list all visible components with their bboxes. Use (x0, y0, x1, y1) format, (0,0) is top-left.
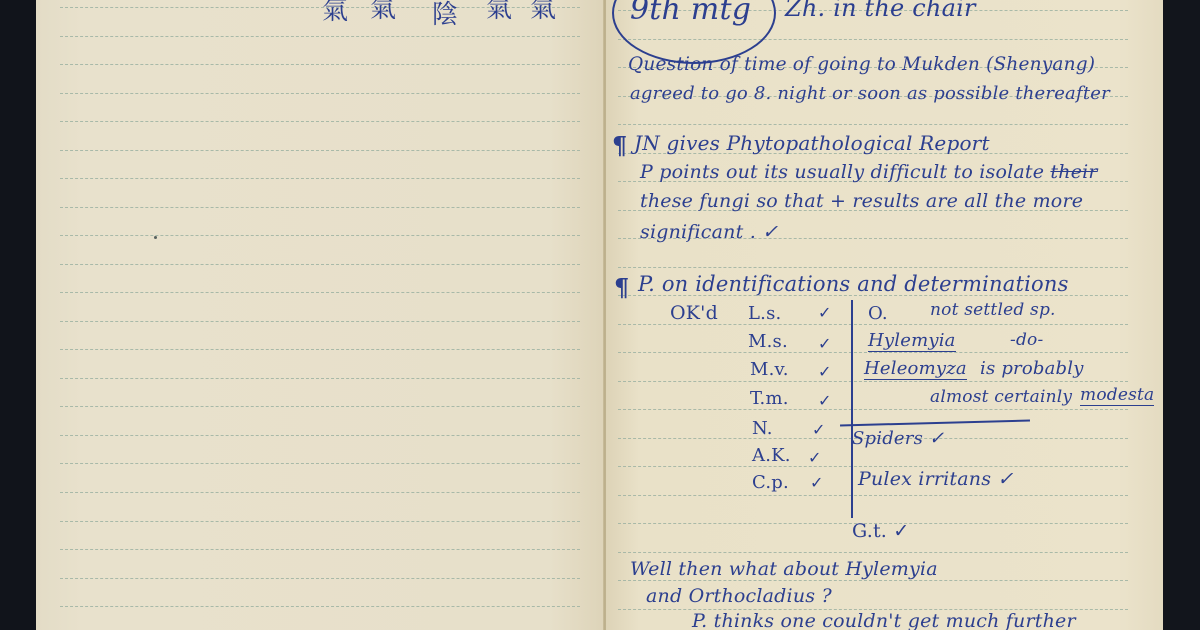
check-mark: ✓ (808, 448, 822, 467)
specimen-code: G.t. ✓ (852, 520, 909, 542)
note-line: Question of time of going to Mukden (She… (628, 54, 1095, 75)
cjk-character: 氣 (370, 0, 396, 25)
paragraph-mark: ¶ (614, 273, 629, 302)
check-mark: ✓ (818, 391, 832, 410)
chair-note: Zh. in the chair (785, 0, 976, 22)
genus-name: Heleomyza (864, 358, 967, 380)
check-mark: ✓ (818, 303, 832, 322)
check-mark: ✓ (818, 362, 832, 381)
note-text: P points out its usually difficult to is… (640, 161, 1044, 183)
cjk-character: 氣 (322, 0, 348, 27)
specimen-code: M.s. (748, 331, 788, 352)
note-line: P. thinks one couldn't get much further (692, 610, 1076, 630)
okd-label: OK'd (670, 302, 718, 324)
meeting-label: 9th mtg (630, 0, 751, 27)
left-page (36, 0, 606, 630)
section-heading: P. on identifications and determinations (638, 272, 1069, 296)
scanner-background-left (0, 0, 38, 630)
struck-word: their (1050, 161, 1097, 183)
specimen-code: A.K. (752, 445, 791, 466)
species-name: modesta (1080, 385, 1154, 406)
note-line: JN gives Phytopathological Report (634, 131, 990, 155)
specimen-note: almost certainly (930, 387, 1072, 407)
specimen-code: L.s. (748, 303, 781, 324)
ditto-note: -do- (1010, 330, 1043, 350)
cjk-character: 陰 (432, 0, 458, 31)
scanner-background-right (1163, 0, 1200, 630)
note-line: and Orthocladius ? (646, 585, 832, 607)
specimen-code: T.m. (750, 388, 789, 409)
cjk-character: 氣 (486, 0, 512, 25)
paragraph-mark: ¶ (612, 131, 627, 160)
specimen-note: is probably (980, 358, 1084, 379)
column-divider (851, 300, 853, 518)
check-mark: ✓ (818, 334, 832, 353)
specimen-note: not settled sp. (930, 300, 1056, 320)
check-mark: ✓ (810, 473, 824, 492)
note-line: agreed to go 8. night or soon as possibl… (630, 83, 1110, 104)
specimen-label: O. (868, 303, 888, 324)
specimen-note: Pulex irritans ✓ (858, 468, 1014, 490)
specimen-note: Spiders ✓ (852, 428, 944, 449)
note-line: significant . ✓ (640, 221, 778, 243)
specimen-code: C.p. (752, 472, 789, 493)
cjk-character: 氣 (530, 0, 556, 25)
specimen-code: N. (752, 418, 773, 439)
specimen-code: M.v. (750, 359, 789, 380)
note-line: these fungi so that + results are all th… (640, 190, 1083, 212)
genus-name: Hylemyia (868, 330, 956, 352)
note-line: P points out its usually difficult to is… (640, 161, 1098, 183)
note-line: Well then what about Hylemyia (630, 558, 938, 580)
check-mark: ✓ (812, 420, 826, 439)
paper-speck (154, 236, 157, 239)
